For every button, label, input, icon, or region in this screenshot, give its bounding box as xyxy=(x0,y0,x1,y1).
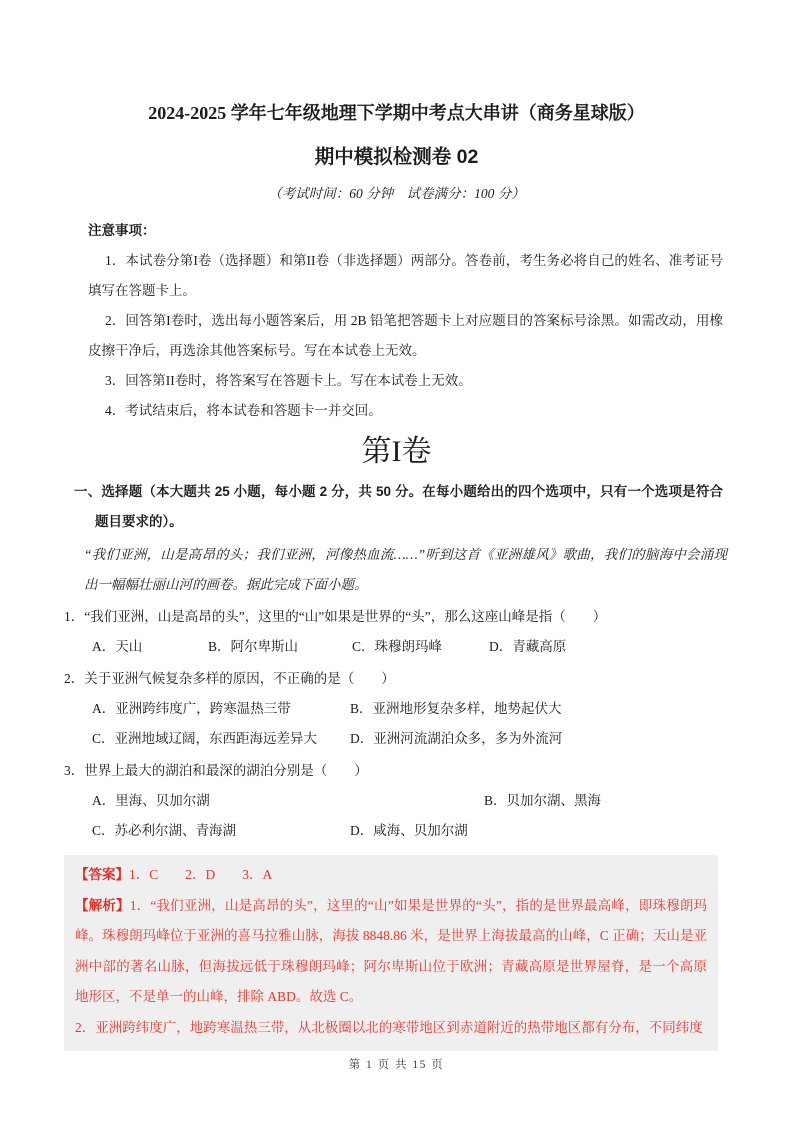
question-2-option-a: A．亚洲跨纬度广，跨寒温热三带 xyxy=(92,694,350,724)
question-3-option-c: C．苏必利尔湖、青海湖 xyxy=(92,816,350,846)
answer-label: 【答案】 xyxy=(75,867,129,882)
question-2: 2．关于亚洲气候复杂多样的原因，不正确的是（ ） A．亚洲跨纬度广，跨寒温热三带… xyxy=(64,664,733,754)
exam-info: （考试时间：60 分钟 试卷满分：100 分） xyxy=(0,182,793,202)
questions-list: 1．“我们亚洲，山是高昂的头”，这里的“山”如果是世界的“头”，那么这座山峰是指… xyxy=(64,602,733,846)
question-2-options-row-1: A．亚洲跨纬度广，跨寒温热三带B．亚洲地形复杂多样，地势起伏大 xyxy=(92,694,733,724)
reading-passage: “我们亚洲，山是高昂的头；我们亚洲，河像热血流……”听到这首《亚洲雄风》歌曲，我… xyxy=(84,540,727,600)
course-title: 2024-2025 学年七年级地理下学期中考点大串讲（商务星球版） xyxy=(0,0,793,125)
analysis-text-1: 1．“我们亚洲，山是高昂的头”，这里的“山”如果是世界的“头”，指的是世界最高峰… xyxy=(75,898,707,1005)
analysis-label: 【解析】 xyxy=(75,898,130,913)
notice-item-4: 4．考试结束后，将本试卷和答题卡一并交回。 xyxy=(88,396,723,426)
notice-item-2: 2．回答第I卷时，选出每小题答案后，用 2B 铅笔把答题卡上对应题目的答案标号涂… xyxy=(88,306,723,366)
notice-item-1: 1．本试卷分第I卷（选择题）和第II卷（非选择题）两部分。答卷前，考生务必将自己… xyxy=(88,246,723,306)
answer-line: 【答案】1．C 2．D 3．A xyxy=(75,860,707,891)
question-3-option-d: D．咸海、贝加尔湖 xyxy=(350,816,468,846)
question-1-option-b: B．阿尔卑斯山 xyxy=(208,632,352,662)
answer-values: 1．C 2．D 3．A xyxy=(129,867,272,882)
exam-paper-page: 2024-2025 学年七年级地理下学期中考点大串讲（商务星球版） 期中模拟检测… xyxy=(0,0,793,1122)
question-1-option-a: A．天山 xyxy=(92,632,208,662)
page-number-footer: 第 1 页 共 15 页 xyxy=(0,1056,793,1072)
question-2-stem: 2．关于亚洲气候复杂多样的原因，不正确的是（ ） xyxy=(64,664,733,694)
question-3: 3．世界上最大的湖泊和最深的湖泊分别是（ ） A．里海、贝加尔湖B．贝加尔湖、黑… xyxy=(64,756,733,846)
analysis-paragraph-1: 【解析】1．“我们亚洲，山是高昂的头”，这里的“山”如果是世界的“头”，指的是世… xyxy=(75,891,707,1013)
analysis-paragraph-2: 2．亚洲跨纬度广，地跨寒温热三带，从北极圈以北的寒带地区到赤道附近的热带地区都有… xyxy=(75,1013,707,1044)
question-2-option-b: B．亚洲地形复杂多样，地势起伏大 xyxy=(350,694,562,724)
notice-item-3: 3．回答第II卷时，将答案写在答题卡上。写在本试卷上无效。 xyxy=(88,366,723,396)
answer-analysis-block: 【答案】1．C 2．D 3．A 【解析】1．“我们亚洲，山是高昂的头”，这里的“… xyxy=(64,855,718,1051)
section-title: 第I卷 xyxy=(0,432,793,472)
question-3-stem: 3．世界上最大的湖泊和最深的湖泊分别是（ ） xyxy=(64,756,733,786)
question-3-options-row-1: A．里海、贝加尔湖B．贝加尔湖、黑海 xyxy=(92,786,733,816)
section-instruction: 一、选择题（本大题共 25 小题，每小题 2 分，共 50 分。在每小题给出的四… xyxy=(74,477,723,537)
notices-section: 注意事项： 1．本试卷分第I卷（选择题）和第II卷（非选择题）两部分。答卷前，考… xyxy=(88,216,723,426)
question-3-options-row-2: C．苏必利尔湖、青海湖D．咸海、贝加尔湖 xyxy=(92,816,733,846)
notices-title: 注意事项： xyxy=(88,216,723,246)
question-2-option-d: D．亚洲河流湖泊众多，多为外流河 xyxy=(350,724,562,754)
question-1-options: A．天山B．阿尔卑斯山C．珠穆朗玛峰D．青藏高原 xyxy=(92,632,733,662)
question-2-option-c: C．亚洲地域辽阔，东西距海远差异大 xyxy=(92,724,350,754)
question-1-option-d: D．青藏高原 xyxy=(489,632,566,662)
question-1: 1．“我们亚洲，山是高昂的头”，这里的“山”如果是世界的“头”，那么这座山峰是指… xyxy=(64,602,733,662)
question-1-stem: 1．“我们亚洲，山是高昂的头”，这里的“山”如果是世界的“头”，那么这座山峰是指… xyxy=(64,602,733,632)
question-1-option-c: C．珠穆朗玛峰 xyxy=(352,632,489,662)
paper-title: 期中模拟检测卷 02 xyxy=(0,141,793,169)
question-3-option-a: A．里海、贝加尔湖 xyxy=(92,786,484,816)
question-3-option-b: B．贝加尔湖、黑海 xyxy=(484,786,601,816)
question-2-options-row-2: C．亚洲地域辽阔，东西距海远差异大D．亚洲河流湖泊众多，多为外流河 xyxy=(92,724,733,754)
